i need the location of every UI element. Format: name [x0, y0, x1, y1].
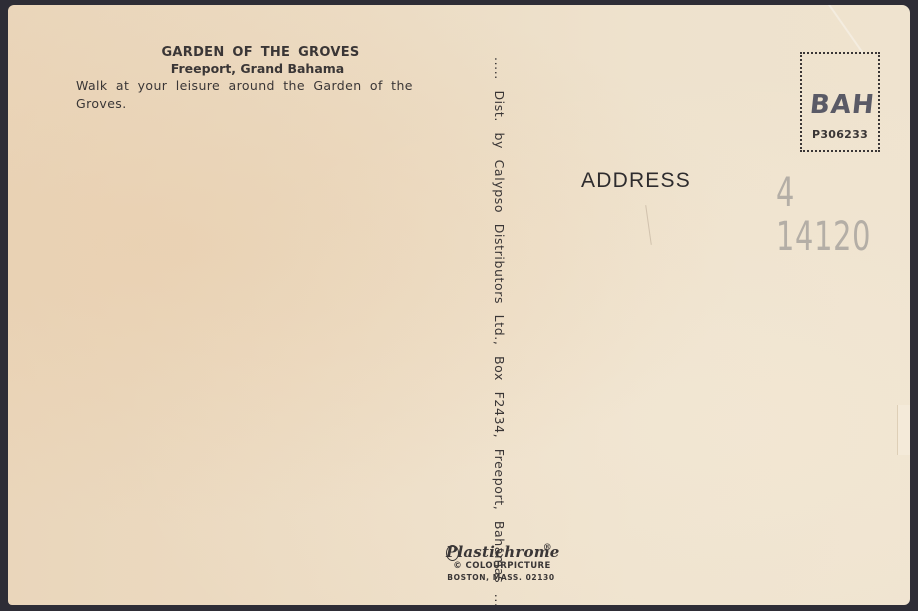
publisher-copyright: © COLOURPICTURE: [436, 561, 556, 572]
stamp-handwritten-note: BAH: [809, 92, 876, 118]
postcard-back: GARDEN OF THE GROVES Freeport, Grand Bah…: [8, 5, 910, 605]
distributor-divider: ..... Dist. by Calypso Distributors Ltd.…: [487, 57, 507, 543]
paper-crease: [828, 5, 864, 54]
caption-block: GARDEN OF THE GROVES Freeport, Grand Bah…: [76, 44, 431, 113]
caption-description: Walk at your leisure around the Garden o…: [76, 77, 431, 113]
pencil-note: 4 14120: [776, 171, 872, 259]
balloon-icon: [446, 545, 459, 561]
caption-subtitle: Freeport, Grand Bahama: [76, 61, 431, 77]
publisher-brand: Plastichrome ®: [436, 543, 556, 561]
address-label: ADDRESS: [581, 169, 691, 193]
stamp-code: P306233: [802, 128, 878, 141]
caption-title: GARDEN OF THE GROVES: [76, 44, 431, 61]
distributor-text: ..... Dist. by Calypso Distributors Ltd.…: [492, 57, 507, 543]
publisher-address: BOSTON, MASS. 02130: [436, 572, 556, 583]
torn-edge: [897, 405, 910, 455]
paper-crease: [645, 205, 652, 245]
publisher-logo: Plastichrome ® © COLOURPICTURE BOSTON, M…: [436, 543, 556, 583]
registered-mark: ®: [543, 539, 552, 557]
stamp-box: BAH P306233: [800, 52, 880, 152]
